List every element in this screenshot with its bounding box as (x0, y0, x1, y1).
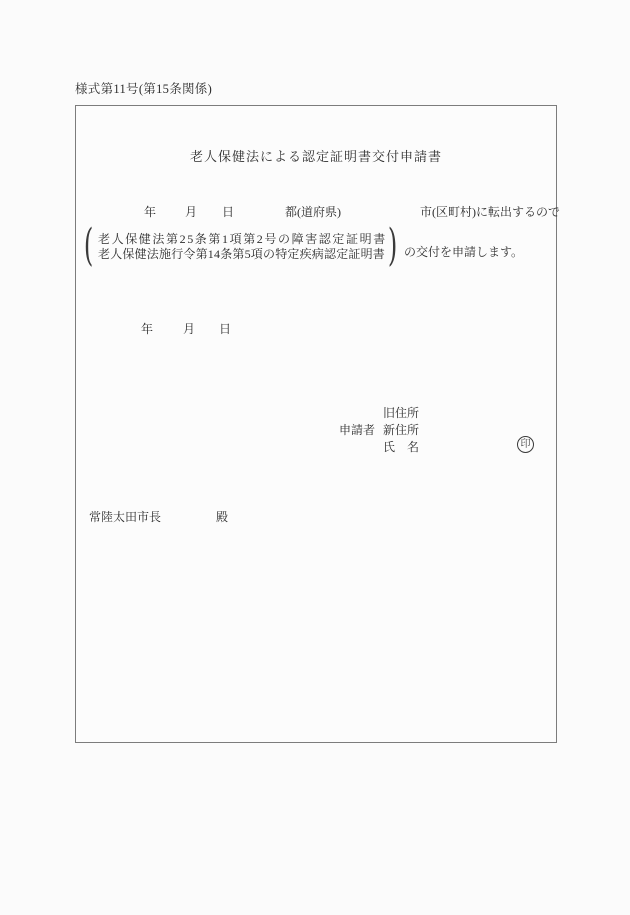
applicant-label: 申請者 (339, 423, 375, 438)
seal-mark-icon: 印 (517, 436, 534, 453)
request-suffix-text: の交付を申請します。 (404, 245, 523, 260)
application-date-year-label: 年 (141, 322, 153, 337)
recipient-addressee-label: 常陸太田市長 (89, 510, 161, 525)
prefecture-label: 都(道府県) (285, 205, 341, 220)
new-address-label: 新住所 (383, 423, 419, 438)
form-title: 老人保健法による認定証明書交付申請書 (76, 146, 556, 165)
old-address-label: 旧住所 (383, 406, 419, 421)
transfer-date-year-label: 年 (144, 205, 156, 220)
application-date-month-label: 月 (183, 322, 195, 337)
form-border-box: 老人保健法による認定証明書交付申請書 年 月 日 都(道府県) 市(区町村)に転… (75, 105, 557, 743)
transfer-date-day-label: 日 (222, 205, 234, 220)
document-page: 様式第11号(第15条関係) 老人保健法による認定証明書交付申請書 年 月 日 … (0, 0, 630, 915)
transfer-clause-label: 市(区町村)に転出するので (420, 205, 560, 220)
transfer-date-month-label: 月 (185, 205, 197, 220)
form-number-label: 様式第11号(第15条関係) (75, 82, 212, 97)
certificate-option-2: 老人保健法施行令第14条第5項の特定疾病認定証明書 (98, 247, 385, 261)
certificate-option-1: 老人保健法第25条第1項第2号の障害認定証明書 (98, 232, 387, 246)
application-date-day-label: 日 (219, 322, 231, 337)
recipient-honorific-label: 殿 (216, 510, 228, 525)
name-label: 氏 名 (383, 440, 419, 455)
left-bracket: ( (84, 230, 93, 262)
right-bracket: ) (388, 230, 397, 262)
